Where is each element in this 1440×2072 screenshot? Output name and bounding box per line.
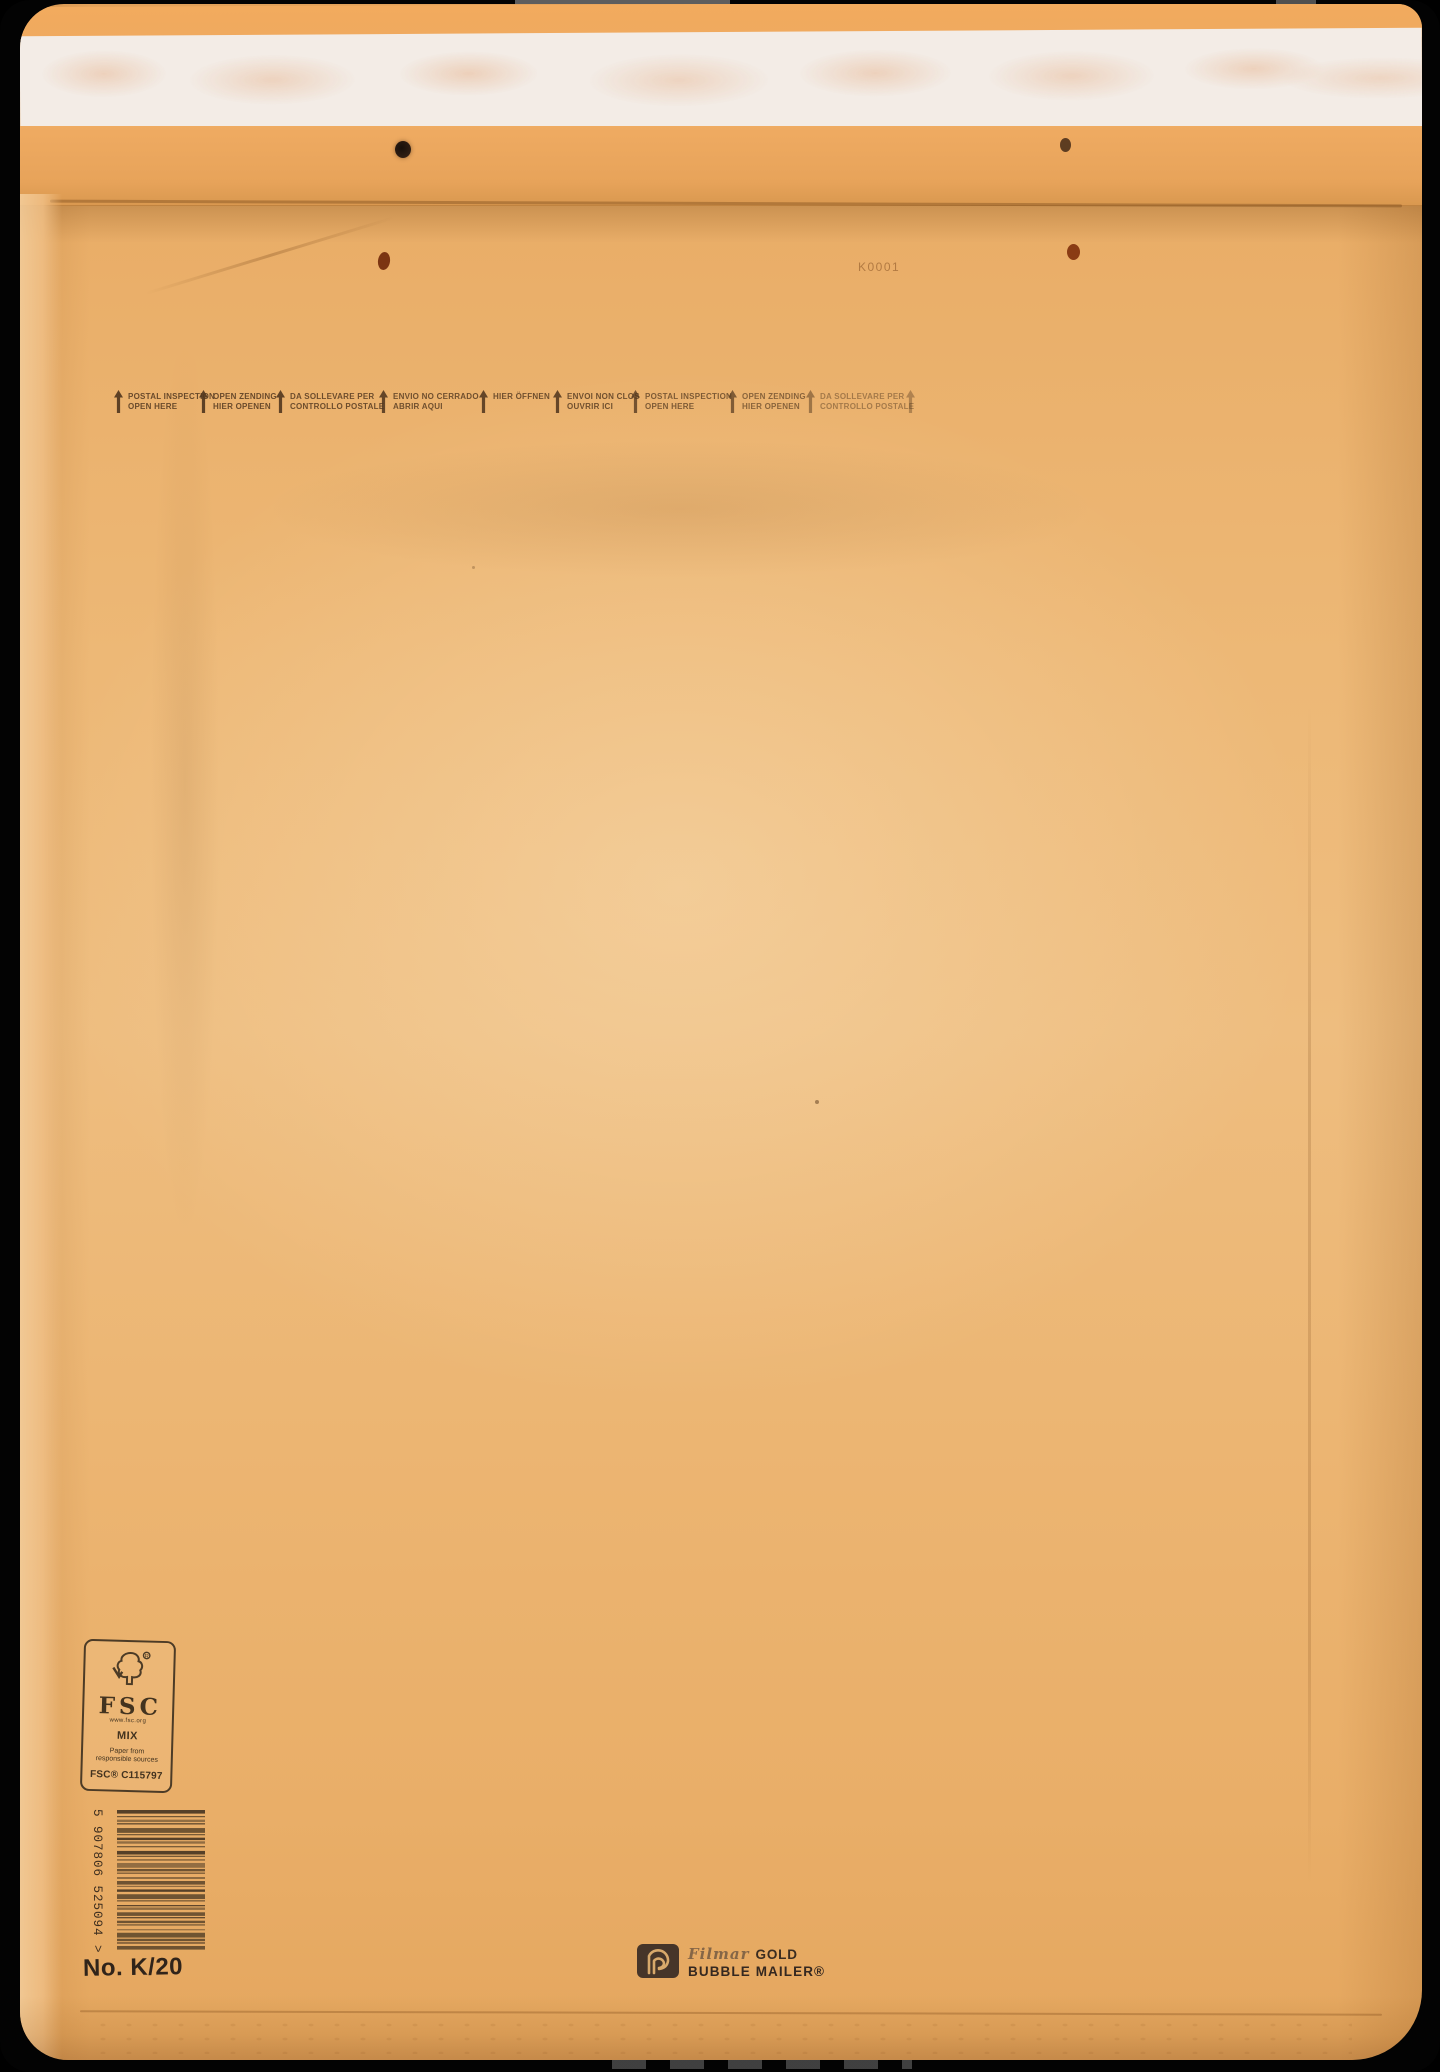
punch-hole-right xyxy=(1067,244,1080,260)
bottom-shadow xyxy=(20,1996,1422,2060)
paper-shading xyxy=(230,434,1130,584)
product-photo-background: K0001 POSTAL INSPECTIONOPEN HEREOPEN ZEN… xyxy=(0,0,1440,2072)
fsc-logo-text: FSC xyxy=(94,1694,162,1719)
ean-barcode-bars xyxy=(117,1810,205,1952)
fsc-license-code: FSC® C115797 xyxy=(90,1769,163,1782)
open-here-marking: HIER ÖFFNEN xyxy=(478,388,550,414)
open-here-marking: ENVOI NON CLOSOUVRIR ICI xyxy=(552,388,640,414)
open-here-marking: POSTAL INSPECTIONOPEN HERE xyxy=(630,388,732,414)
open-here-marking: ENVIO NO CERRADOABRIR AQUI xyxy=(378,388,479,414)
brand-name: Filmar xyxy=(688,1945,750,1963)
fsc-certification-label: R FSC www.fsc.org MIX Paper from respons… xyxy=(80,1639,176,1794)
paper-crease xyxy=(1308,704,1311,1884)
open-here-marking: DA SOLLEVARE PERCONTROLLO POSTALE xyxy=(805,388,914,414)
filmar-arc-logo-icon xyxy=(637,1944,679,1978)
up-arrow-icon xyxy=(378,389,389,414)
product-code-stamp: K0001 xyxy=(858,260,900,274)
bubble-mailer-envelope: K0001 POSTAL INSPECTIONOPEN HEREOPEN ZEN… xyxy=(20,4,1422,2060)
release-liner-strip xyxy=(20,28,1422,137)
barcode-digits: 5 907806 525094 > xyxy=(90,1809,104,1954)
fsc-url: www.fsc.org xyxy=(109,1717,146,1724)
paper-speck xyxy=(815,1100,819,1104)
up-arrow-icon xyxy=(113,389,124,414)
paper-crease xyxy=(150,324,220,1244)
flap-fold-shadow xyxy=(20,205,1422,243)
fsc-tree-check-icon: R xyxy=(106,1647,153,1694)
liner-adhesive-texture xyxy=(20,28,1422,137)
punch-hole-left xyxy=(377,251,391,270)
up-arrow-icon xyxy=(552,389,563,414)
up-arrow-icon xyxy=(478,389,489,414)
brand-gold-label: GOLD xyxy=(756,1947,798,1962)
up-arrow-icon xyxy=(727,389,738,414)
paper-speck xyxy=(472,566,475,569)
fsc-description: Paper from responsible sources xyxy=(96,1747,159,1765)
open-here-marking: OPEN ZENDINGHIER OPENEN xyxy=(198,388,277,414)
brand-footer: Filmar GOLD BUBBLE MAILER® xyxy=(637,1944,825,1979)
background-object-sliver xyxy=(612,2060,912,2069)
svg-text:R: R xyxy=(144,1654,149,1660)
up-arrow-icon xyxy=(630,389,641,414)
open-here-marking: DA SOLLEVARE PERCONTROLLO POSTALE xyxy=(275,388,384,414)
open-here-marking xyxy=(905,388,920,414)
up-arrow-icon xyxy=(198,389,209,414)
open-here-marking: OPEN ZENDINGHIER OPENEN xyxy=(727,388,806,414)
fsc-grade-label: MIX xyxy=(117,1730,138,1743)
up-arrow-icon xyxy=(905,389,916,414)
vent-hole-right xyxy=(1060,138,1071,152)
size-label: No. K/20 xyxy=(83,1953,184,1983)
flap-band xyxy=(20,126,1422,206)
up-arrow-icon xyxy=(805,389,816,414)
up-arrow-icon xyxy=(275,389,286,414)
brand-text: Filmar GOLD BUBBLE MAILER® xyxy=(688,1945,825,1979)
vent-hole-left xyxy=(395,141,411,158)
left-edge-highlight xyxy=(20,194,62,2060)
brand-product-label: BUBBLE MAILER® xyxy=(688,1964,825,1979)
